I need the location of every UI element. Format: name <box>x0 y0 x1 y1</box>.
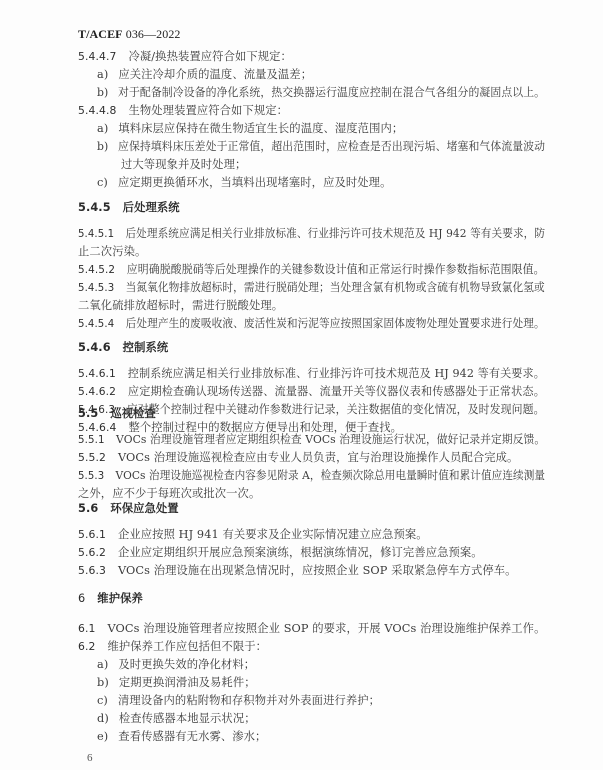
document-page: T/ACEF 036—2022 5.4.4.7冷凝/换热装置应符合如下规定： a… <box>0 0 603 770</box>
clause-text: 后处理系统应满足相关行业排放标准、行业排污许可技术规范及 HJ 942 等有关要… <box>125 227 545 240</box>
clause-text: 止二次污染。 <box>78 245 146 258</box>
clause-number: 5.4.4.7 <box>78 50 116 63</box>
clause-number: 5.6.2 <box>78 546 106 559</box>
clause-text: 应明确脱酸脱硝等后处理操作的关键参数设计值和正常运行时操作参数指标范围限值。 <box>127 263 545 276</box>
clause-text: 应定期检查确认现场传送器、流量器、流量开关等仪器仪表和传感器处于正常状态。 <box>128 385 545 398</box>
clause-text: 控制系统应满足相关行业排放标准、行业排污许可技术规范及 HJ 942 等有关要求… <box>128 367 545 380</box>
clause-5-4-6-2: 5.4.6.2应定期检查确认现场传送器、流量器、流量开关等仪器仪表和传感器处于正… <box>78 384 545 400</box>
list-text: 应保持填料床压差处于正常值，超出范围时，应检查是否出现污垢、堵塞和气体流量波动 <box>118 140 545 153</box>
clause-number: 5.4.6.2 <box>78 385 116 398</box>
clause-text: 应对整个控制过程中关键动作参数进行记录，关注数据值的变化情况，及时发现问题。 <box>127 403 545 416</box>
clause-5-6-3: 5.6.3VOCs 治理设施在出现紧急情况时，应按照企业 SOP 采取紧急停车方… <box>78 563 517 579</box>
list-item-a: a)及时更换失效的净化材料； <box>97 657 255 673</box>
clause-text: 企业应定期组织开展应急预案演练，根据演练情况，修订完善应急预案。 <box>118 546 483 559</box>
list-item-d: d)检查传感器本地显示状况； <box>97 711 256 727</box>
clause-text: VOCs 治理设施巡视检查内容参见附录 A，检查频次除总用电量瞬时值和累计值应连… <box>116 469 546 482</box>
list-marker: a) <box>97 122 108 135</box>
clause-text: 后处理产生的废吸收液、废活性炭和污泥等应按照国家固体废物处理处置要求进行处理。 <box>126 317 545 330</box>
clause-text: 企业应按照 HJ 941 有关要求及企业实际情况建立应急预案。 <box>118 528 428 541</box>
clause-5-4-5-4: 5.4.5.4后处理产生的废吸收液、废活性炭和污泥等应按照国家固体废物处理处置要… <box>78 316 545 332</box>
clause-text: 之外，应不少于每班次或批次一次。 <box>78 487 260 500</box>
clause-5-6-1: 5.6.1企业应按照 HJ 941 有关要求及企业实际情况建立应急预案。 <box>78 527 428 543</box>
clause-5-5-3: 5.5.3VOCs 治理设施巡视检查内容参见附录 A，检查频次除总用电量瞬时值和… <box>78 468 545 484</box>
clause-number: 5.5.3 <box>78 469 104 482</box>
heading-number: 5.6 <box>78 502 98 515</box>
clause-text: 二氧化硫排放超标时，需进行脱酸处理。 <box>78 299 283 312</box>
clause-5-4-6-1: 5.4.6.1控制系统应满足相关行业排放标准、行业排污许可技术规范及 HJ 94… <box>78 366 545 382</box>
standard-number: 036—2022 <box>126 27 181 41</box>
list-marker: d) <box>97 712 109 725</box>
standard-code: T/ACEF <box>78 27 123 41</box>
clause-5-5-1: 5.5.1VOCs 治理设施管理者应定期组织检查 VOCs 治理设施运行状况，做… <box>78 432 545 448</box>
clause-5-5-2: 5.5.2VOCs 治理设施巡视检查应由专业人员负责，宜与治理设施操作人员配合完… <box>78 450 518 466</box>
list-marker: b) <box>97 86 108 99</box>
heading-number: 5.5 <box>78 407 98 420</box>
clause-text: 生物处理装置应符合如下规定： <box>128 104 288 117</box>
heading-text: 后处理系统 <box>123 201 180 214</box>
heading-number: 5.4.6 <box>78 341 111 354</box>
list-text: 清理设备内的粘附物和存积物并对外表面进行养护； <box>118 694 380 707</box>
clause-number: 5.4.5.3 <box>78 281 114 294</box>
clause-5-4-5-1: 5.4.5.1后处理系统应满足相关行业排放标准、行业排污许可技术规范及 HJ 9… <box>78 226 545 242</box>
clause-number: 6.1 <box>78 622 95 635</box>
list-marker: c) <box>97 694 108 707</box>
list-text: 应关注冷却介质的温度、流量及温差； <box>118 68 312 81</box>
clause-text: VOCs 治理设施在出现紧急情况时，应按照企业 SOP 采取紧急停车方式停车。 <box>118 564 517 577</box>
heading-text: 维护保养 <box>97 592 143 605</box>
heading-number: 5.4.5 <box>78 201 111 214</box>
clause-number: 5.6.3 <box>78 564 106 577</box>
page-number: 6 <box>87 750 93 766</box>
heading-text: 巡视检查 <box>110 407 156 420</box>
clause-text: VOCs 治理设施管理者应定期组织检查 VOCs 治理设施运行状况，做好记录并定… <box>116 433 545 446</box>
list-marker: b) <box>97 676 109 689</box>
clause-text: VOCs 治理设施巡视检查应由专业人员负责，宜与治理设施操作人员配合完成。 <box>118 451 518 464</box>
heading-number: 6 <box>78 592 85 605</box>
clause-5-6-2: 5.6.2企业应定期组织开展应急预案演练，根据演练情况，修订完善应急预案。 <box>78 545 483 561</box>
list-marker: e) <box>97 730 108 743</box>
clause-5-5-3-continuation: 之外，应不少于每班次或批次一次。 <box>78 486 260 502</box>
clause-number: 5.4.5.2 <box>78 263 115 276</box>
section-heading-5-4-5: 5.4.5后处理系统 <box>78 200 180 216</box>
list-item-b: b)应保持填料床压差处于正常值，超出范围时，应检查是否出现污垢、堵塞和气体流量波… <box>97 139 545 155</box>
list-text: 查看传感器有无水雾、渗水； <box>118 730 266 743</box>
list-marker: a) <box>97 68 108 81</box>
clause-6-2: 6.2维护保养工作应包括但不限于： <box>78 639 267 655</box>
clause-number: 5.6.1 <box>78 528 106 541</box>
document-header: T/ACEF 036—2022 <box>78 26 181 42</box>
clause-5-4-5-2: 5.4.5.2应明确脱酸脱硝等后处理操作的关键参数设计值和正常运行时操作参数指标… <box>78 262 545 278</box>
clause-text: 当氮氧化物排放超标时，需进行脱硝处理；当处理含氯有机物或含硫有机物导致氯化氢或 <box>126 281 545 294</box>
list-text: 过大等现象并及时处理； <box>121 158 246 171</box>
clause-6-1: 6.1VOCs 治理设施管理者应按照企业 SOP 的要求，开展 VOCs 治理设… <box>78 621 545 637</box>
heading-text: 控制系统 <box>123 341 169 354</box>
list-item-a: a)填料床层应保持在微生物适宜生长的温度、湿度范围内； <box>97 121 403 137</box>
clause-text: 维护保养工作应包括但不限于： <box>107 640 267 653</box>
list-text: 定期更换润滑油及易耗件； <box>119 676 256 689</box>
clause-number: 5.4.6.1 <box>78 367 116 380</box>
list-item-c: c)应定期更换循环水，当填料出现堵塞时，应及时处理。 <box>97 175 391 191</box>
list-text: 填料床层应保持在微生物适宜生长的温度、湿度范围内； <box>118 122 403 135</box>
list-item-b: b)对于配备制冷设备的净化系统，热交换器运行温度应控制在混合气各组分的凝固点以上… <box>97 85 545 101</box>
clause-number: 5.4.5.1 <box>78 227 114 240</box>
chapter-heading-6: 6维护保养 <box>78 591 143 607</box>
clause-5-4-5-3: 5.4.5.3当氮氧化物排放超标时，需进行脱硝处理；当处理含氯有机物或含硫有机物… <box>78 280 545 296</box>
clause-number: 5.5.1 <box>78 433 105 446</box>
clause-number: 5.5.2 <box>78 451 106 464</box>
clause-5-4-4-8: 5.4.4.8生物处理装置应符合如下规定： <box>78 103 288 119</box>
list-item-c: c)清理设备内的粘附物和存积物并对外表面进行养护； <box>97 693 380 709</box>
list-text: 应定期更换循环水，当填料出现堵塞时，应及时处理。 <box>118 176 392 189</box>
list-marker: a) <box>97 658 108 671</box>
clause-text: VOCs 治理设施管理者应按照企业 SOP 的要求，开展 VOCs 治理设施维护… <box>107 622 545 635</box>
clause-5-4-4-7: 5.4.4.7冷凝/换热装置应符合如下规定： <box>78 49 292 65</box>
section-heading-5-5-label: 5.5巡视检查 <box>78 406 156 422</box>
clause-5-4-5-1-continuation: 止二次污染。 <box>78 244 146 260</box>
clause-text: 冷凝/换热装置应符合如下规定： <box>128 50 291 63</box>
section-heading-5-6: 5.6环保应急处置 <box>78 501 179 517</box>
list-item-b-continuation: 过大等现象并及时处理； <box>121 157 246 173</box>
list-item-e: e)查看传感器有无水雾、渗水； <box>97 729 266 745</box>
section-heading-5-4-6: 5.4.6控制系统 <box>78 340 168 356</box>
clause-number: 5.4.5.4 <box>78 317 114 330</box>
list-item-a: a)应关注冷却介质的温度、流量及温差； <box>97 67 312 83</box>
list-marker: b) <box>97 140 108 153</box>
list-text: 检查传感器本地显示状况； <box>119 712 256 725</box>
list-marker: c) <box>97 176 108 189</box>
list-text: 对于配备制冷设备的净化系统，热交换器运行温度应控制在混合气各组分的凝固点以上。 <box>118 86 545 99</box>
clause-5-4-5-3-continuation: 二氧化硫排放超标时，需进行脱酸处理。 <box>78 298 283 314</box>
list-text: 及时更换失效的净化材料； <box>118 658 255 671</box>
heading-text: 环保应急处置 <box>110 502 178 515</box>
list-item-b: b)定期更换润滑油及易耗件； <box>97 675 256 691</box>
clause-number: 6.2 <box>78 640 95 653</box>
clause-number: 5.4.4.8 <box>78 104 116 117</box>
